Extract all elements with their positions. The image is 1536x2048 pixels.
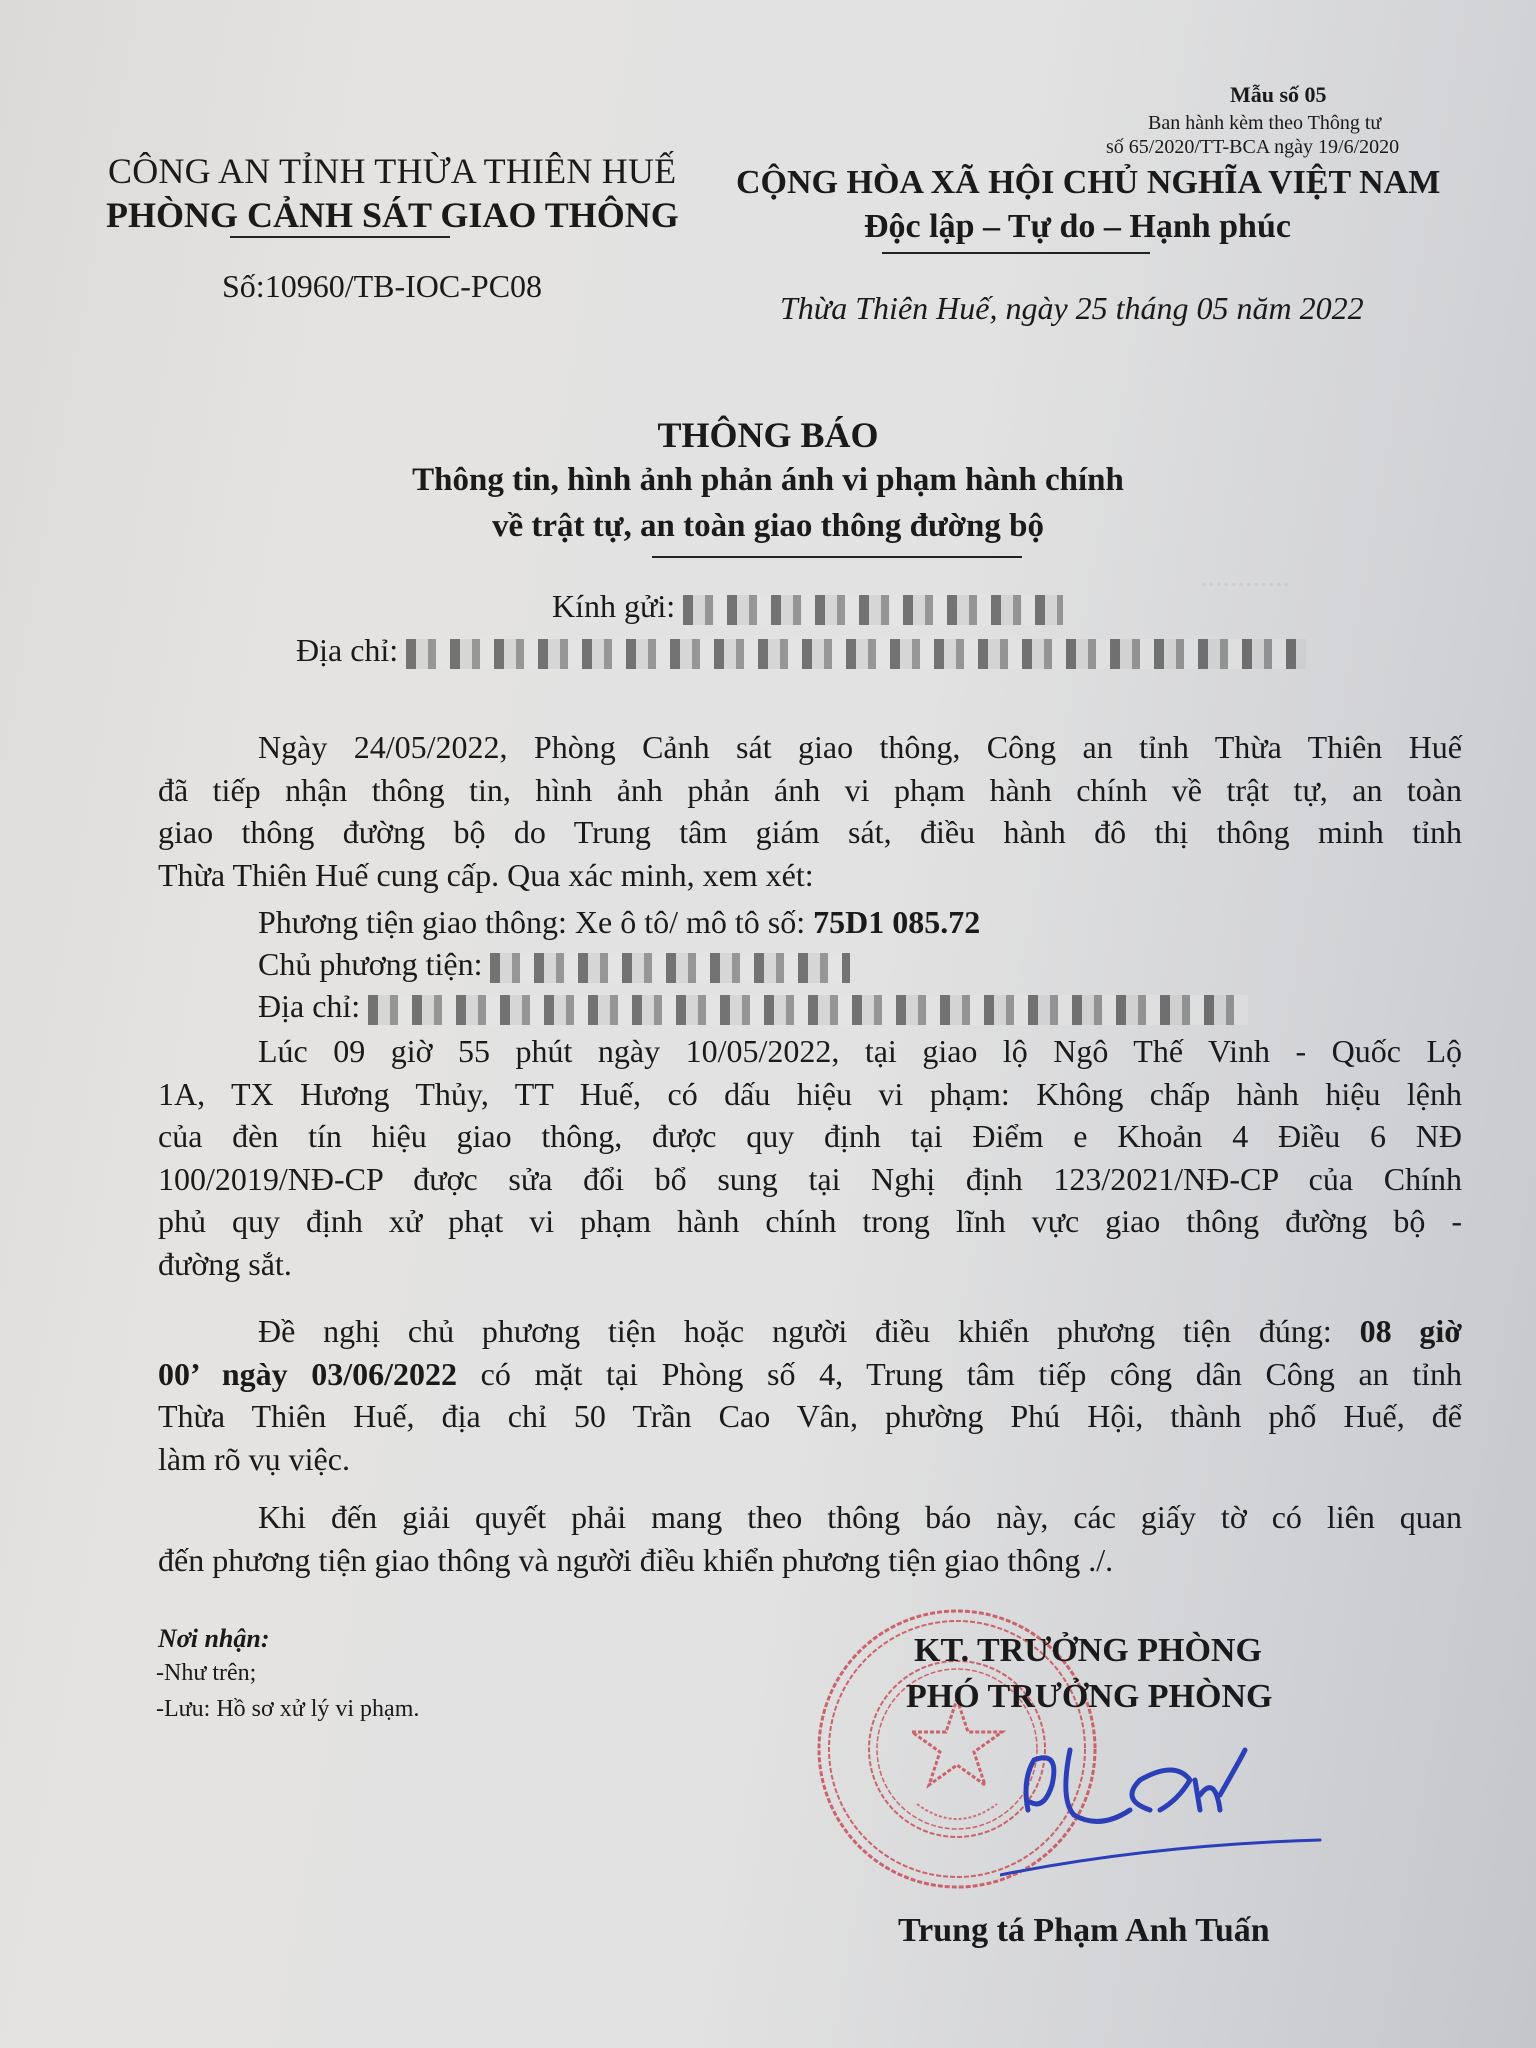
- para2-line: Lúc 09 giờ 55 phút ngày 10/05/2022, tại …: [158, 1030, 1462, 1073]
- document-title: THÔNG BÁO: [0, 414, 1536, 456]
- redacted-recipient-address: [406, 639, 1306, 669]
- vehicle-label: Phương tiện giao thông: Xe ô tô/ mô tô s…: [258, 904, 805, 940]
- signature-title-line1: KT. TRƯỞNG PHÒNG: [914, 1632, 1262, 1670]
- handwritten-signature-icon: [1000, 1740, 1340, 1880]
- title-underline: [652, 556, 1022, 558]
- para3-line: làm rõ vụ việc.: [158, 1438, 1462, 1481]
- issuing-unit: PHÒNG CẢNH SÁT GIAO THÔNG: [106, 194, 679, 236]
- vehicle-plate: 75D1 085.72: [813, 904, 980, 940]
- para1-line: Ngày 24/05/2022, Phòng Cảnh sát giao thô…: [158, 726, 1462, 769]
- form-issued-line2: số 65/2020/TT-BCA ngày 19/6/2020: [1106, 136, 1399, 159]
- para2-line: 1A, TX Hương Thủy, TT Huế, có dấu hiệu v…: [158, 1073, 1462, 1116]
- national-motto: Độc lập – Tự do – Hạnh phúc: [864, 208, 1291, 246]
- document-subtitle-line2: về trật tự, an toàn giao thông đường bộ: [0, 508, 1536, 545]
- owner-address-line: Địa chỉ:: [258, 988, 1248, 1025]
- document-number: Số:10960/TB-IOC-PC08: [222, 268, 542, 305]
- place-and-date: Thừa Thiên Huế, ngày 25 tháng 05 năm 202…: [780, 290, 1364, 327]
- vehicle-line: Phương tiện giao thông: Xe ô tô/ mô tô s…: [258, 904, 980, 941]
- signer-name: Trung tá Phạm Anh Tuấn: [898, 1912, 1270, 1950]
- document-subtitle-line1: Thông tin, hình ảnh phản ánh vi phạm hàn…: [0, 462, 1536, 499]
- paragraph-violation: Lúc 09 giờ 55 phút ngày 10/05/2022, tại …: [158, 1030, 1462, 1285]
- owner-label: Chủ phương tiện:: [258, 946, 482, 982]
- recipient-line: Kính gửi:: [552, 588, 1063, 625]
- header-underline-left: [230, 236, 450, 238]
- recipient-item: -Như trên;: [156, 1660, 256, 1687]
- para2-line: 100/2019/NĐ-CP được sửa đổi bổ sung tại …: [158, 1158, 1462, 1201]
- bleed-through-text: ............: [1200, 560, 1290, 594]
- appointment-request-text: Đề nghị chủ phương tiện hoặc người điều …: [258, 1313, 1332, 1349]
- form-number: Mẫu số 05: [1230, 82, 1327, 108]
- paragraph-received-info: Ngày 24/05/2022, Phòng Cảnh sát giao thô…: [158, 726, 1462, 896]
- signature-title-line2: PHÓ TRƯỞNG PHÒNG: [906, 1678, 1272, 1716]
- para3-line: Đề nghị chủ phương tiện hoặc người điều …: [158, 1310, 1462, 1353]
- redacted-owner-address: [368, 995, 1248, 1025]
- para4-line: Khi đến giải quyết phải mang theo thông …: [158, 1496, 1462, 1539]
- recipient-address-label: Địa chỉ:: [296, 632, 398, 668]
- para2-line: phủ quy định xử phạt vi phạm hành chính …: [158, 1200, 1462, 1243]
- appointment-time-part2: 00’ ngày 03/06/2022: [158, 1356, 457, 1392]
- appointment-time-part1: 08 giờ: [1360, 1313, 1462, 1349]
- form-issued-line1: Ban hành kèm theo Thông tư: [1148, 112, 1381, 135]
- recipients-title: Nơi nhận:: [158, 1624, 270, 1654]
- issuing-authority: CÔNG AN TỈNH THỪA THIÊN HUẾ: [108, 150, 676, 192]
- header-underline-right: [882, 252, 1150, 254]
- redacted-owner-name: [490, 953, 850, 983]
- para1-line: giao thông đường bộ do Trung tâm giám sá…: [158, 811, 1462, 854]
- owner-line: Chủ phương tiện:: [258, 946, 850, 983]
- redacted-recipient-name: [683, 595, 1063, 625]
- recipient-address-line: Địa chỉ:: [296, 632, 1306, 669]
- para1-line: Thừa Thiên Huế cung cấp. Qua xác minh, x…: [158, 854, 1462, 897]
- para3-line: Thừa Thiên Huế, địa chỉ 50 Trần Cao Vân,…: [158, 1395, 1462, 1438]
- notice-document: ............ CÔNG AN TỈNH THỪA THIÊN HUẾ…: [0, 0, 1536, 2048]
- para4-line: đến phương tiện giao thông và người điều…: [158, 1539, 1462, 1582]
- appointment-location-text: có mặt tại Phòng số 4, Trung tâm tiếp cô…: [481, 1356, 1462, 1392]
- para3-line: 00’ ngày 03/06/2022 có mặt tại Phòng số …: [158, 1353, 1462, 1396]
- para2-line: đường sắt.: [158, 1243, 1462, 1286]
- paragraph-appointment: Đề nghị chủ phương tiện hoặc người điều …: [158, 1310, 1462, 1480]
- para2-line: của đèn tín hiệu giao thông, được quy đị…: [158, 1115, 1462, 1158]
- paragraph-documents-required: Khi đến giải quyết phải mang theo thông …: [158, 1496, 1462, 1581]
- recipient-label: Kính gửi:: [552, 588, 675, 624]
- national-title: CỘNG HÒA XÃ HỘI CHỦ NGHĨA VIỆT NAM: [736, 164, 1440, 202]
- para1-line: đã tiếp nhận thông tin, hình ảnh phản án…: [158, 769, 1462, 812]
- owner-address-label: Địa chỉ:: [258, 988, 360, 1024]
- recipient-item: -Lưu: Hồ sơ xử lý vi phạm.: [156, 1696, 419, 1723]
